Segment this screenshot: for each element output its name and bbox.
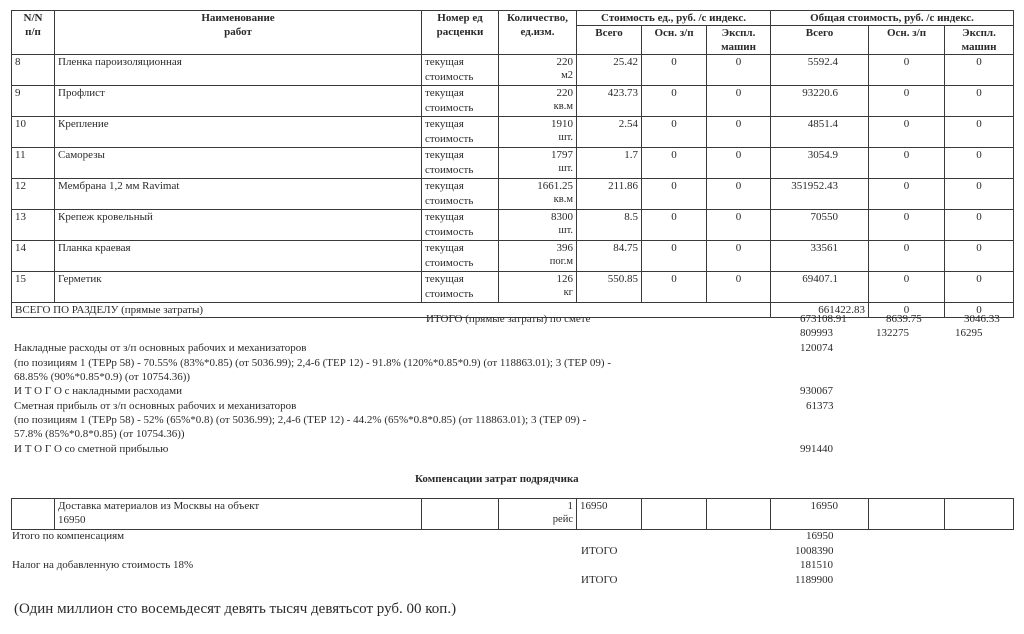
- table-row: 11Саморезытекущаястоимость1797шт.1.70030…: [12, 148, 1014, 179]
- comp-unit-machine: [707, 499, 771, 530]
- vat-label: Налог на добавленную стоимость 18%: [12, 559, 193, 571]
- row-rate: текущаястоимость: [422, 117, 499, 148]
- row-total-machine: 0: [945, 179, 1014, 210]
- compensation-table: Доставка материалов из Москвы на объект1…: [11, 498, 1014, 530]
- vat-value: 181510: [800, 559, 833, 571]
- row-unit-wage: 0: [642, 86, 707, 117]
- row-name: Мембрана 1,2 мм Ravimat: [55, 179, 422, 210]
- row-rate: текущаястоимость: [422, 179, 499, 210]
- col-header-qty: Количество,ед.изм.: [499, 11, 577, 55]
- row-unit-wage: 0: [642, 272, 707, 303]
- row-total: 33561: [771, 241, 869, 272]
- row-rate: текущаястоимость: [422, 272, 499, 303]
- itogo2-label: ИТОГО: [581, 574, 618, 586]
- row-total-wage: 0: [869, 117, 945, 148]
- col-header-unit-wage: Осн. з/п: [642, 26, 707, 55]
- col-header-unit-total: Всего: [577, 26, 642, 55]
- row-num: 15: [12, 272, 55, 303]
- row-name: Крепление: [55, 117, 422, 148]
- row-total-wage: 0: [869, 55, 945, 86]
- row-unit-machine: 0: [707, 148, 771, 179]
- indexed-machine-value: 16295: [955, 327, 983, 339]
- row-rate: текущаястоимость: [422, 241, 499, 272]
- row-total-machine: 0: [945, 55, 1014, 86]
- with-overhead-value: 930067: [800, 385, 833, 397]
- row-unit-machine: 0: [707, 86, 771, 117]
- row-unit-machine: 0: [707, 272, 771, 303]
- row-total: 69407.1: [771, 272, 869, 303]
- table-row: 10Креплениетекущаястоимость1910шт.2.5400…: [12, 117, 1014, 148]
- table-row: 13Крепеж кровельныйтекущаястоимость8300ш…: [12, 210, 1014, 241]
- row-num: 11: [12, 148, 55, 179]
- table-row: 14Планка краеваятекущаястоимость396пог.м…: [12, 241, 1014, 272]
- row-total: 3054.9: [771, 148, 869, 179]
- comp-total-machine: [945, 499, 1014, 530]
- row-rate: текущаястоимость: [422, 55, 499, 86]
- comp-unit-total: 16950: [577, 499, 642, 530]
- comp-total-value: 16950: [806, 530, 834, 542]
- row-total-wage: 0: [869, 241, 945, 272]
- row-unit-total: 550.85: [577, 272, 642, 303]
- profit-detail-line1: (по позициям 1 (ТЕРр 58) - 52% (65%*0.8)…: [14, 414, 586, 426]
- with-overhead-label: И Т О Г О с накладными расходами: [14, 385, 182, 397]
- row-num: 12: [12, 179, 55, 210]
- indexed-wage-value: 132275: [876, 327, 909, 339]
- profit-label: Сметная прибыль от з/п основных рабочих …: [14, 400, 296, 412]
- col-header-total-wage: Осн. з/п: [869, 26, 945, 55]
- row-unit-total: 25.42: [577, 55, 642, 86]
- row-unit-wage: 0: [642, 55, 707, 86]
- with-profit-value: 991440: [800, 443, 833, 455]
- direct-total-label: ИТОГО (прямые затраты) по смете: [426, 313, 590, 325]
- row-unit-total: 8.5: [577, 210, 642, 241]
- comp-total: 16950: [771, 499, 869, 530]
- estimate-table: N/Nп/п Наименованиеработ Номер едрасценк…: [11, 10, 1014, 318]
- itogo2-value: 1189900: [795, 574, 833, 586]
- row-unit-total: 2.54: [577, 117, 642, 148]
- row-qty: 126кг: [499, 272, 577, 303]
- row-total-wage: 0: [869, 210, 945, 241]
- row-name: Профлист: [55, 86, 422, 117]
- row-name: Герметик: [55, 272, 422, 303]
- row-qty: 1797шт.: [499, 148, 577, 179]
- row-unit-total: 1.7: [577, 148, 642, 179]
- overhead-value: 120074: [800, 342, 833, 354]
- section-total-label: ВСЕГО ПО РАЗДЕЛУ (прямые затраты): [12, 303, 771, 318]
- row-unit-total: 84.75: [577, 241, 642, 272]
- col-header-total: Всего: [771, 26, 869, 55]
- row-num: 9: [12, 86, 55, 117]
- row-total: 351952.43: [771, 179, 869, 210]
- comp-rate: [422, 499, 499, 530]
- row-total: 70550: [771, 210, 869, 241]
- row-unit-total: 423.73: [577, 86, 642, 117]
- row-total: 93220.6: [771, 86, 869, 117]
- row-total-wage: 0: [869, 179, 945, 210]
- indexed-total-value: 809993: [800, 327, 833, 339]
- overhead-detail-line2: 68.85% (90%*0.85*0.9) (от 10754.36)): [14, 371, 190, 383]
- comp-total-label: Итого по компенсациям: [12, 530, 124, 542]
- row-qty: 1910шт.: [499, 117, 577, 148]
- comp-total-wage: [869, 499, 945, 530]
- group-header-total-cost: Общая стоимость, руб. /с индекс.: [771, 11, 1014, 26]
- table-row: 8Пленка пароизоляционнаятекущаястоимость…: [12, 55, 1014, 86]
- row-num: 10: [12, 117, 55, 148]
- row-qty: 220м2: [499, 55, 577, 86]
- comp-num: [12, 499, 55, 530]
- row-total-wage: 0: [869, 86, 945, 117]
- table-row: 9Профлисттекущаястоимость220кв.м423.7300…: [12, 86, 1014, 117]
- row-unit-machine: 0: [707, 179, 771, 210]
- row-unit-wage: 0: [642, 179, 707, 210]
- row-unit-wage: 0: [642, 148, 707, 179]
- row-num: 13: [12, 210, 55, 241]
- row-total-machine: 0: [945, 86, 1014, 117]
- row-rate: текущаястоимость: [422, 210, 499, 241]
- row-qty: 1661.25кв.м: [499, 179, 577, 210]
- itogo1-value: 1008390: [795, 545, 834, 557]
- row-total-wage: 0: [869, 148, 945, 179]
- row-unit-wage: 0: [642, 241, 707, 272]
- row-name: Саморезы: [55, 148, 422, 179]
- row-unit-wage: 0: [642, 117, 707, 148]
- row-total-machine: 0: [945, 148, 1014, 179]
- row-num: 8: [12, 55, 55, 86]
- table-row: 15Герметиктекущаястоимость126кг550.85006…: [12, 272, 1014, 303]
- row-total-machine: 0: [945, 210, 1014, 241]
- comp-name: Доставка материалов из Москвы на объект1…: [55, 499, 422, 530]
- row-total-machine: 0: [945, 272, 1014, 303]
- overhead-label: Накладные расходы от з/п основных рабочи…: [14, 342, 306, 354]
- col-header-rate: Номер едрасценки: [422, 11, 499, 55]
- itogo1-label: ИТОГО: [581, 545, 618, 557]
- profit-value: 61373: [806, 400, 834, 412]
- row-total-machine: 0: [945, 117, 1014, 148]
- overhead-detail-line1: (по позициям 1 (ТЕРр 58) - 70.55% (83%*0…: [14, 357, 611, 369]
- row-rate: текущаястоимость: [422, 148, 499, 179]
- row-total: 5592.4: [771, 55, 869, 86]
- compensation-row: Доставка материалов из Москвы на объект1…: [12, 499, 1014, 530]
- group-header-unit-cost: Стоимость ед., руб. /с индекс.: [577, 11, 771, 26]
- row-total-wage: 0: [869, 272, 945, 303]
- row-unit-wage: 0: [642, 210, 707, 241]
- header-row-1: N/Nп/п Наименованиеработ Номер едрасценк…: [12, 11, 1014, 26]
- amount-in-words: (Один миллион сто восемьдесят девять тыс…: [14, 601, 456, 618]
- direct-wage-value: 8639.75: [886, 313, 922, 325]
- col-header-unit-machine: Экспл.машин: [707, 26, 771, 55]
- row-total: 4851.4: [771, 117, 869, 148]
- with-profit-label: И Т О Г О со сметной прибылью: [14, 443, 168, 455]
- direct-machine-value: 3046.33: [964, 313, 1000, 325]
- direct-total-value: 673108.91: [800, 313, 847, 325]
- row-qty: 8300шт.: [499, 210, 577, 241]
- comp-unit-wage: [642, 499, 707, 530]
- col-header-total-machine: Экспл.машин: [945, 26, 1014, 55]
- row-unit-total: 211.86: [577, 179, 642, 210]
- row-name: Планка краевая: [55, 241, 422, 272]
- row-unit-machine: 0: [707, 241, 771, 272]
- row-name: Пленка пароизоляционная: [55, 55, 422, 86]
- col-header-name: Наименованиеработ: [55, 11, 422, 55]
- row-name: Крепеж кровельный: [55, 210, 422, 241]
- row-total-machine: 0: [945, 241, 1014, 272]
- row-unit-machine: 0: [707, 117, 771, 148]
- row-rate: текущаястоимость: [422, 86, 499, 117]
- row-qty: 220кв.м: [499, 86, 577, 117]
- comp-qty: 1рейс: [499, 499, 577, 530]
- row-unit-machine: 0: [707, 210, 771, 241]
- col-header-num: N/Nп/п: [12, 11, 55, 55]
- row-num: 14: [12, 241, 55, 272]
- table-row: 12Мембрана 1,2 мм Ravimatтекущаястоимост…: [12, 179, 1014, 210]
- profit-detail-line2: 57.8% (85%*0.8*0.85) (от 10754.36)): [14, 428, 185, 440]
- compensation-title: Компенсации затрат подрядчика: [415, 473, 579, 485]
- row-qty: 396пог.м: [499, 241, 577, 272]
- row-unit-machine: 0: [707, 55, 771, 86]
